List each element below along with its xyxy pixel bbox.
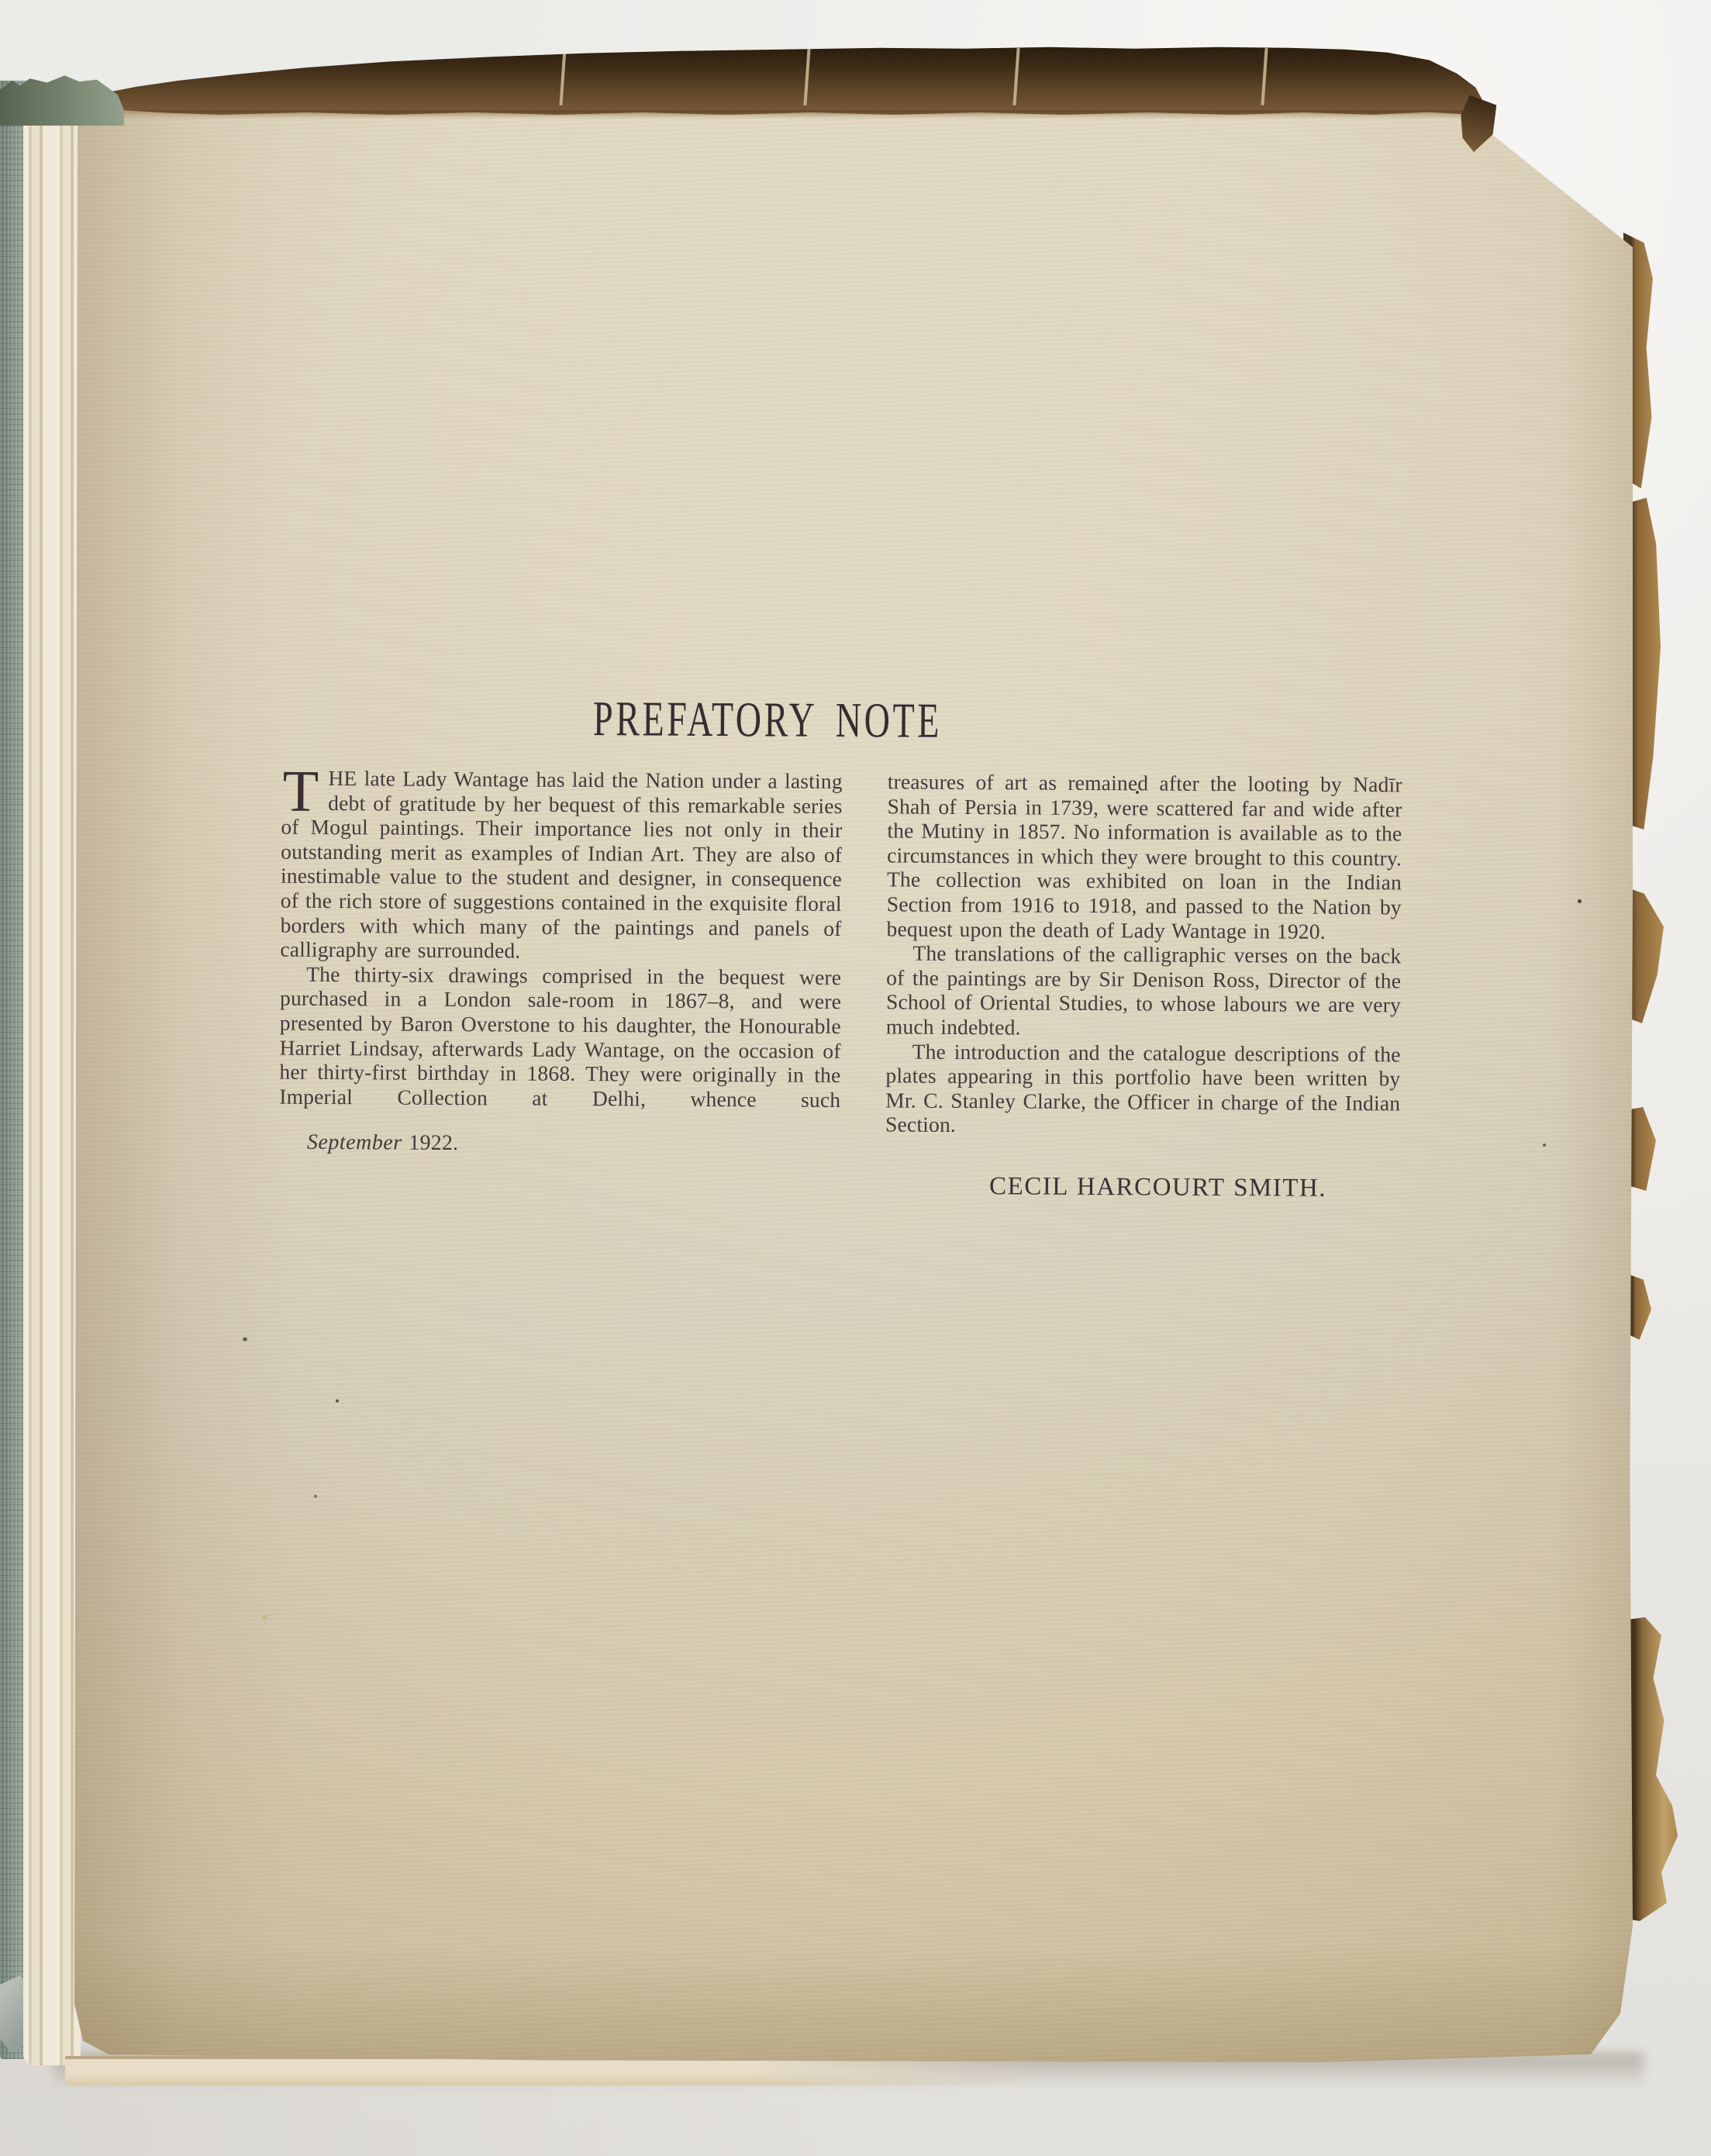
drop-cap-initial: T <box>281 766 328 815</box>
paragraph-text: HE late Lady Wantage has laid the Nation… <box>280 766 843 963</box>
right-column: treasures of art as remained after the l… <box>885 769 1402 1202</box>
paragraph: The thirty-six drawings comprised in the… <box>279 961 841 1112</box>
torn-paper-crack <box>1012 48 1019 106</box>
dateline-year: 1922. <box>409 1131 458 1155</box>
left-column: THE late Lady Wantage has laid the Natio… <box>278 766 842 1199</box>
torn-paper-top-edge <box>81 39 1485 115</box>
torn-paper-crack <box>803 48 810 106</box>
paragraph: treasures of art as remained after the l… <box>887 769 1402 943</box>
page-content: PREFATORY NOTE THE late Lady Wantage has… <box>63 115 1633 2071</box>
page-title: PREFATORY NOTE <box>363 688 1172 750</box>
paragraph: The introduction and the catalogue descr… <box>885 1039 1401 1140</box>
paragraph: THE late Lady Wantage has laid the Natio… <box>280 766 843 965</box>
torn-paper-crack <box>1261 48 1268 106</box>
page-stack-left-edge <box>23 84 81 2065</box>
dateline-month: September <box>307 1130 402 1155</box>
dateline: September 1922. <box>279 1130 840 1158</box>
photo-backdrop: PREFATORY NOTE THE late Lady Wantage has… <box>0 0 1711 2156</box>
signature: CECIL HARCOURT SMITH. <box>885 1174 1399 1202</box>
text-columns: THE late Lady Wantage has laid the Natio… <box>278 766 1402 1202</box>
torn-paper-shadow <box>81 110 1476 119</box>
book-page: PREFATORY NOTE THE late Lady Wantage has… <box>74 115 1633 2062</box>
paragraph: The translations of the calligraphic ver… <box>886 941 1402 1042</box>
torn-paper-crack <box>559 48 566 106</box>
